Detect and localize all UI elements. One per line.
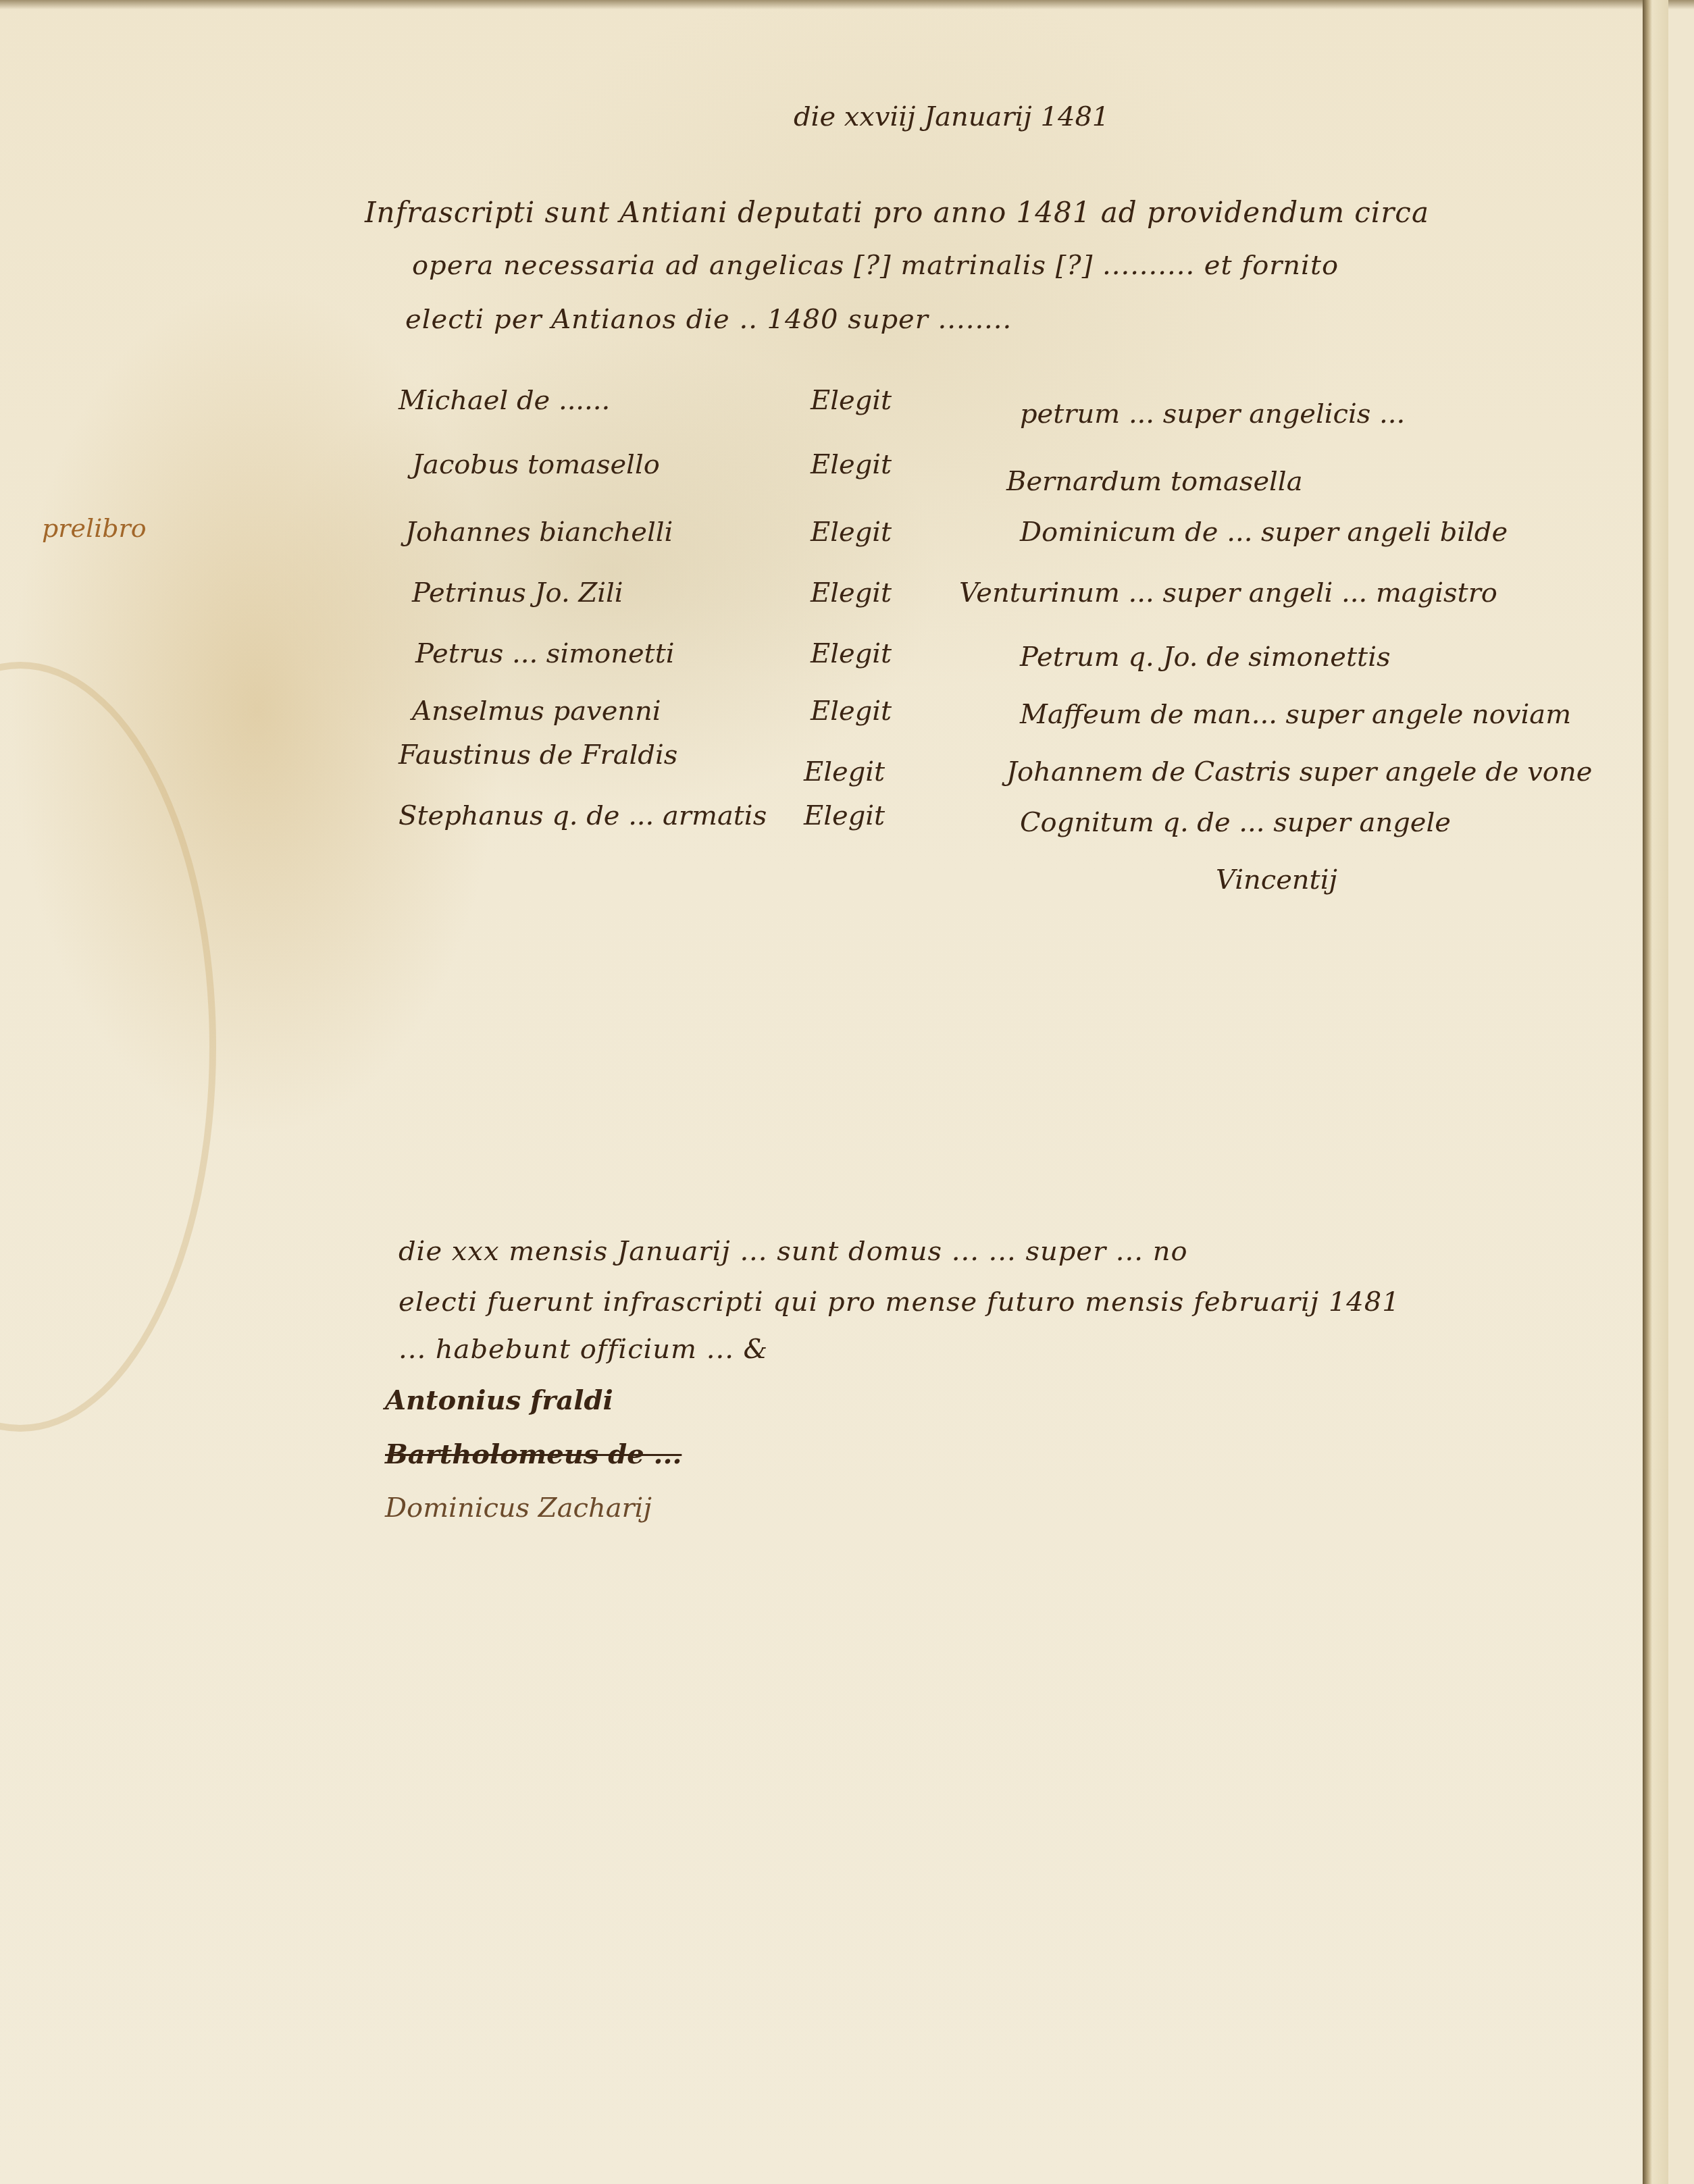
water-stain [0, 662, 216, 1432]
intro-line: electi per Antianos die .. 1480 super ..… [405, 304, 1012, 335]
intro-line: opera necessaria ad angelicas [?] matrin… [412, 250, 1339, 281]
nominator-name: Michael de ...... [399, 385, 610, 416]
date-heading: die xxviij Januarij 1481 [794, 101, 1109, 132]
nominator-name: Johannes bianchelli [405, 517, 673, 548]
elected-person: Bernardum tomasella [1006, 466, 1303, 497]
nominator-name: Stephanus q. de ... armatis [399, 800, 767, 831]
elected-person: Cognitum q. de ... super angele [1020, 807, 1451, 838]
nominator-name: Petrus ... simonetti [415, 638, 675, 669]
status-word: Elegit [811, 577, 892, 608]
status-word: Elegit [811, 638, 892, 669]
intro-line: Infrascripti sunt Antiani deputati pro a… [365, 196, 1429, 229]
elected-person: petrum ... super angelicis ... [1020, 398, 1405, 430]
status-word: Elegit [804, 756, 885, 787]
status-word: Elegit [811, 385, 892, 416]
elected-person: Petrum q. Jo. de simonettis [1020, 642, 1391, 673]
status-word: Elegit [811, 696, 892, 727]
elected-person: Johannem de Castris super angele de vone [1006, 756, 1592, 787]
nominator-name: Jacobus tomasello [412, 449, 660, 480]
nominator-name: Anselmus pavenni [412, 696, 661, 727]
appointee-name: Bartholomeus de ... [385, 1438, 682, 1470]
nominator-name: Faustinus de Fraldis [399, 739, 677, 771]
elected-person: Dominicum de ... super angeli bilde [1020, 517, 1508, 548]
status-word: Elegit [804, 800, 885, 831]
appointee-name: Antonius fraldi [385, 1384, 613, 1416]
nominator-name: Petrinus Jo. Zili [412, 577, 623, 608]
binding-edge [1643, 0, 1668, 2184]
entry-line: electi fuerunt infrascripti qui pro mens… [399, 1286, 1400, 1318]
margin-note: prelibro [42, 513, 147, 543]
elected-person-continuation: Vincentij [1216, 864, 1337, 895]
elected-person: Maffeum de man... super angele noviam [1020, 699, 1571, 730]
appointee-name: Dominicus Zacharij [385, 1492, 652, 1524]
entry-line: ... habebunt officium ... & [399, 1334, 768, 1365]
elected-person: Venturinum ... super angeli ... magistro [959, 577, 1497, 608]
entry-line: die xxx mensis Januarij ... sunt domus .… [399, 1236, 1188, 1267]
manuscript-page: prelibro die xxviij Januarij 1481 Infras… [0, 0, 1668, 2184]
page-top-edge [0, 0, 1694, 9]
status-word: Elegit [811, 517, 892, 548]
status-word: Elegit [811, 449, 892, 480]
